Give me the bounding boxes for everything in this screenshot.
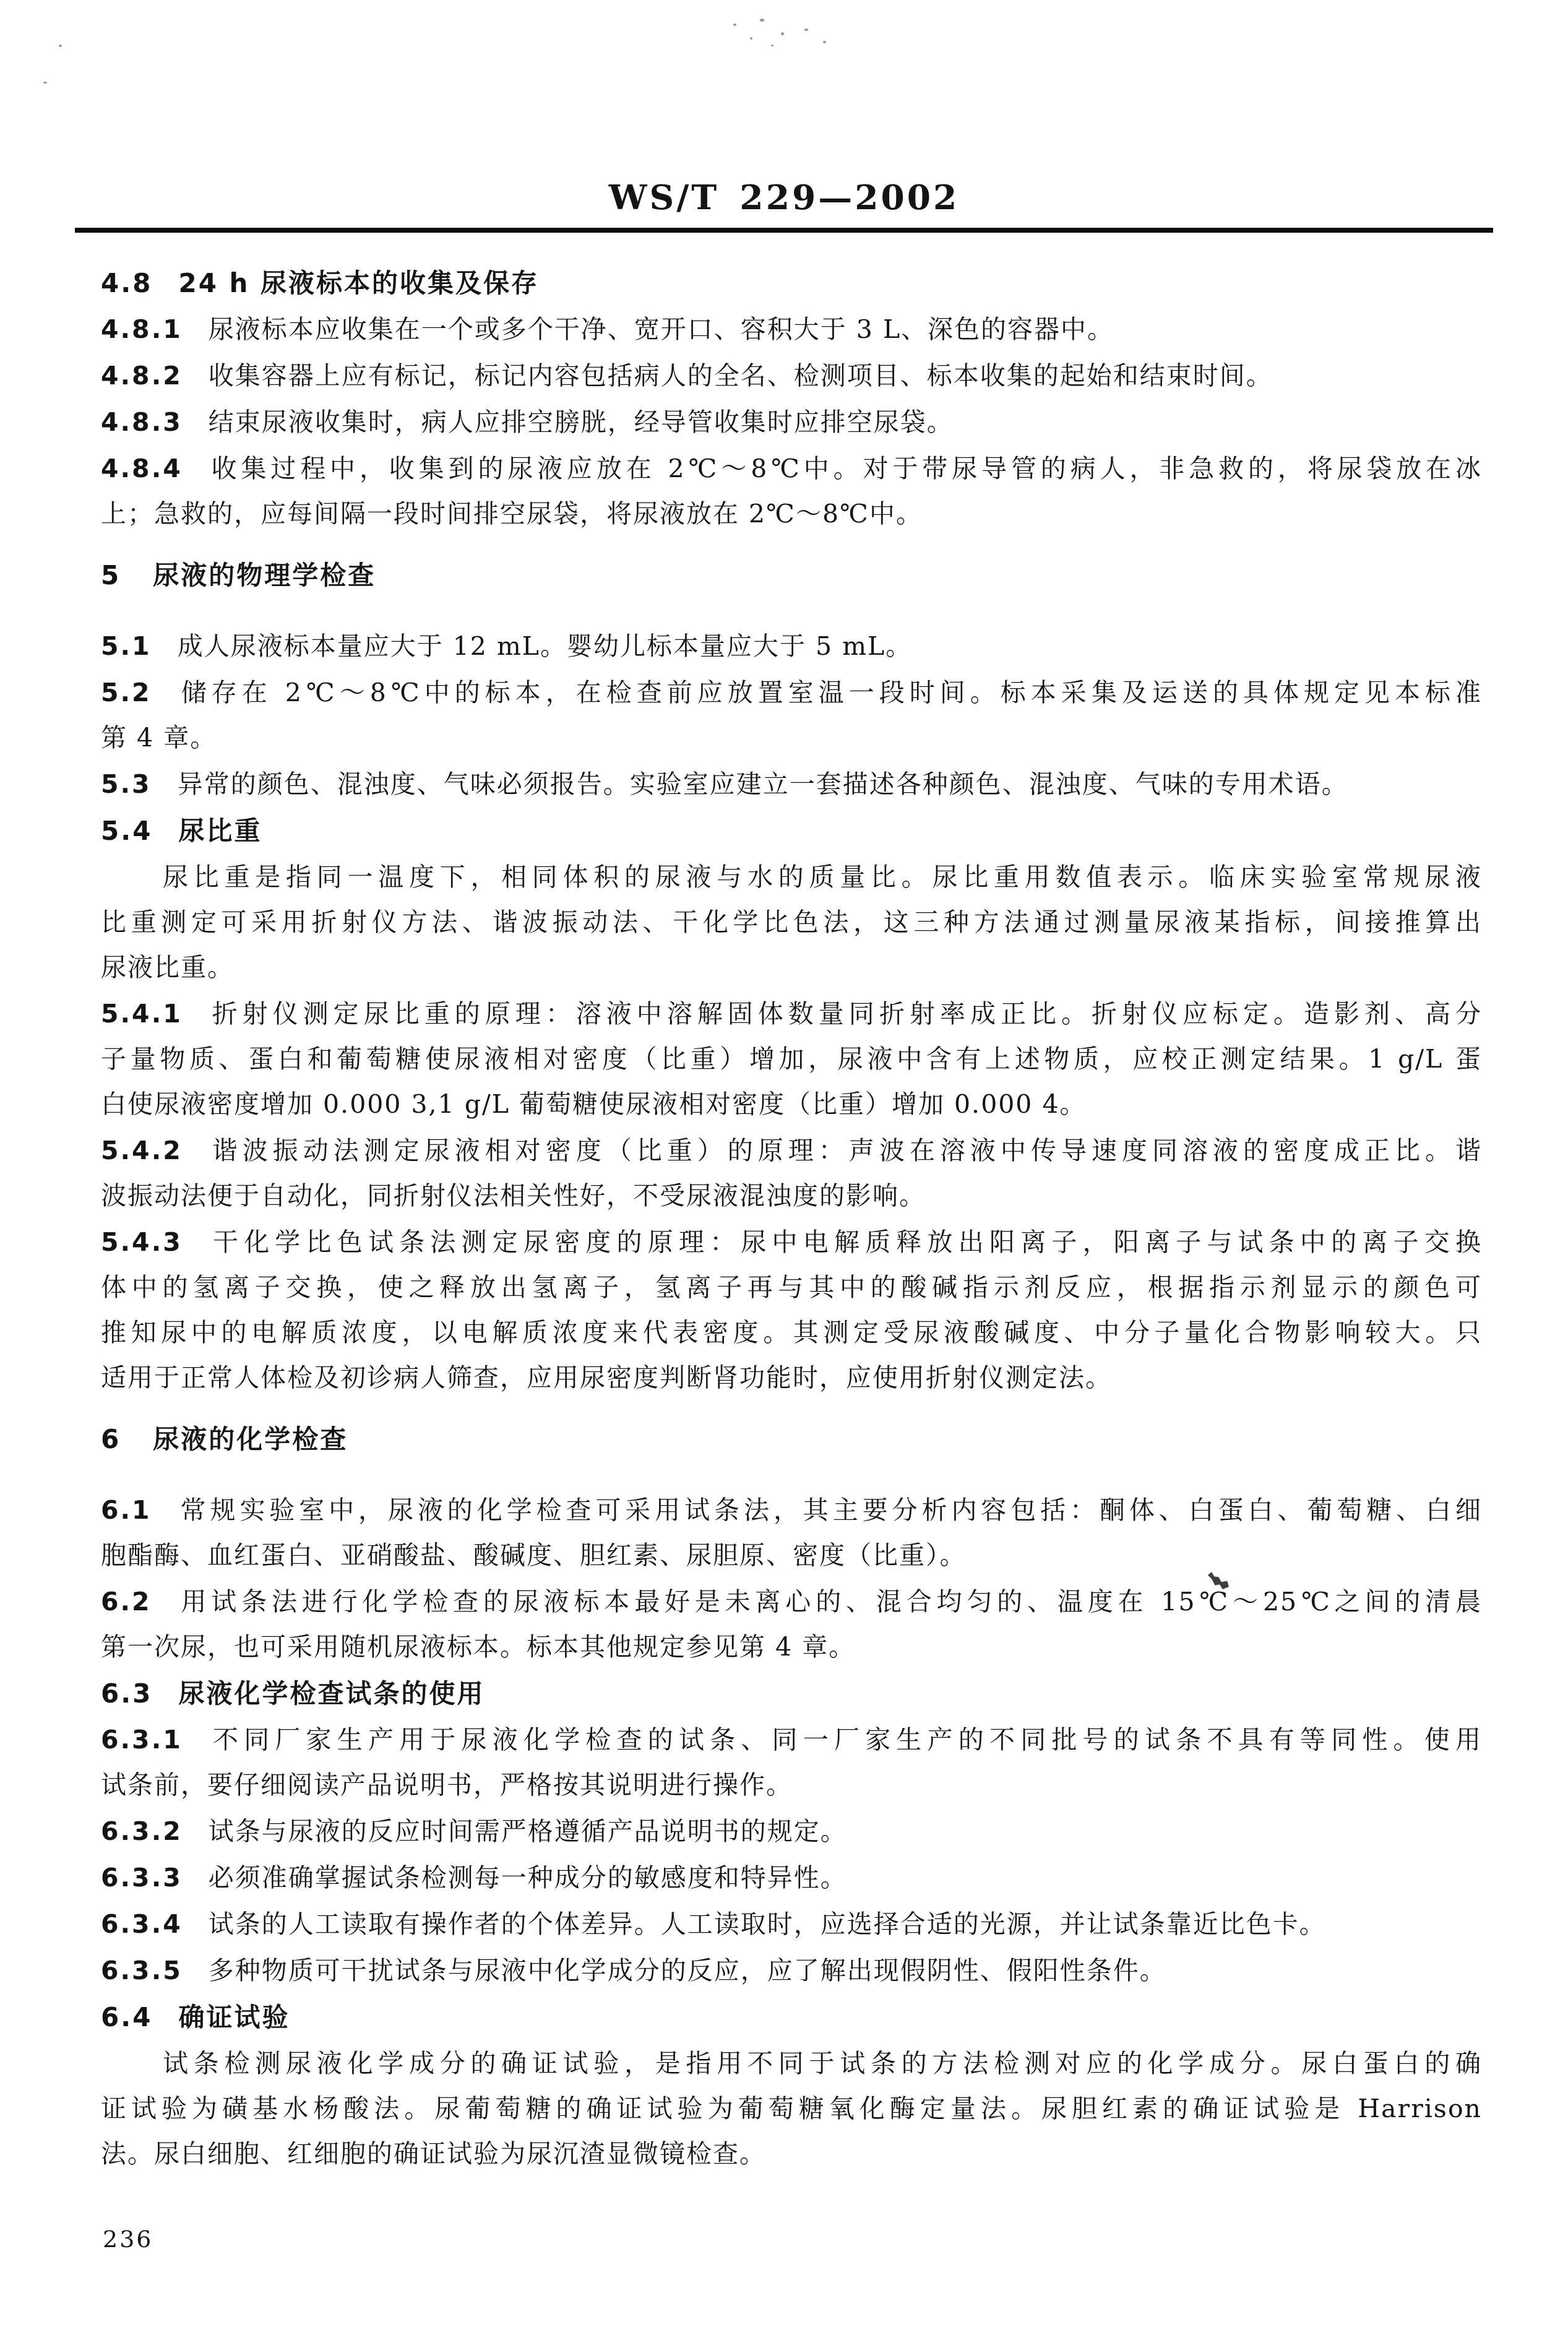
clause-text: 尿液的化学检查 (153, 1424, 348, 1454)
page-number: 236 (103, 2225, 153, 2253)
text-line: 4.8.3结束尿液收集时，病人应排空膀胱，经导管收集时应排空尿袋。 (101, 400, 1482, 445)
clause-text: 收集容器上应有标记，标记内容包括病人的全名、检测项目、标本收集的起始和结束时间。 (209, 361, 1273, 391)
clause-text: 尿液标本应收集在一个或多个干净、宽开口、容积大于 3 L、深色的容器中。 (209, 314, 1114, 344)
clause-item: 6.3.1不同厂家生产用于尿液化学检查的试条、同一厂家生产的不同批号的试条不具有… (101, 1717, 1482, 1808)
clause-text: 尿比重 (178, 816, 262, 846)
clause-item: 5.4.1折射仪测定尿比重的原理：溶液中溶解固体数量同折射率成正比。折射仪应标定… (101, 991, 1482, 1127)
text-line: 尿比重是指同一温度下，相同体积的尿液与水的质量比。尿比重用数值表示。临床实验室常… (101, 855, 1482, 900)
clause-item: 4.8.3结束尿液收集时，病人应排空膀胱，经导管收集时应排空尿袋。 (101, 400, 1482, 445)
text-line: 6.3.2试条与尿液的反应时间需严格遵循产品说明书的规定。 (101, 1809, 1482, 1854)
clause-text: 多种物质可干扰试条与尿液中化学成分的反应，应了解出现假阴性、假阳性条件。 (209, 1956, 1166, 1985)
text-line: 胞酯酶、血红蛋白、亚硝酸盐、酸碱度、胆红素、尿胆原、密度（比重）。 (101, 1533, 1482, 1578)
clause-text: 用试条法进行化学检查的尿液标本最好是未离心的、混合均匀的、温度在 15℃～25℃… (178, 1587, 1482, 1616)
chapter-heading: 6尿液的化学检查 (101, 1417, 1482, 1462)
text-line: 5.4尿比重 (101, 808, 1482, 853)
text-line: 6.2用试条法进行化学检查的尿液标本最好是未离心的、混合均匀的、温度在 15℃～… (101, 1579, 1482, 1625)
clause-text: 储存在 2℃～8℃中的标本，在检查前应放置室温一段时间。标本采集及运送的具体规定… (178, 678, 1482, 707)
text-line: 试条前，要仔细阅读产品说明书，严格按其说明进行操作。 (101, 1763, 1482, 1808)
text-line: 适用于正常人体检及初诊病人筛查，应用尿密度判断肾功能时，应使用折射仪测定法。 (101, 1355, 1482, 1401)
page-header: WS/T 229—2002 (0, 178, 1568, 233)
clause-number: 5 (101, 560, 121, 590)
clause-text: 折射仪测定尿比重的原理：溶液中溶解固体数量同折射率成正比。折射仪应标定。造影剂、… (209, 999, 1482, 1029)
clause-item: 4.8.2收集容器上应有标记，标记内容包括病人的全名、检测项目、标本收集的起始和… (101, 353, 1482, 399)
clause-number: 6.3 (101, 1678, 152, 1709)
text-line: 证试验为磺基水杨酸法。尿葡萄糖的确证试验为葡萄糖氧化酶定量法。尿胆红素的确证试验… (101, 2086, 1482, 2131)
text-line: 6.3.1不同厂家生产用于尿液化学检查的试条、同一厂家生产的不同批号的试条不具有… (101, 1717, 1482, 1763)
clause-text: 尿液的物理学检查 (153, 560, 376, 590)
text-line: 5.4.3干化学比色试条法测定尿密度的原理：尿中电解质释放出阳离子，阳离子与试条… (101, 1220, 1482, 1265)
scan-noise-dot (760, 19, 764, 22)
document-body: 4.824 h 尿液标本的收集及保存4.8.1尿液标本应收集在一个或多个干净、宽… (0, 261, 1568, 2177)
clause-text: 收集过程中，收集到的尿液应放在 2℃～8℃中。对于带尿导管的病人，非急救的，将尿… (209, 454, 1482, 483)
clause-text: 确证试验 (178, 2002, 290, 2032)
clause-text: 成人尿液标本量应大于 12 mL。婴幼儿标本量应大于 5 mL。 (178, 631, 913, 661)
clause-number: 5.4.2 (101, 1136, 183, 1165)
clause-item: 5.4.3干化学比色试条法测定尿密度的原理：尿中电解质释放出阳离子，阳离子与试条… (101, 1220, 1482, 1401)
text-line: 体中的氢离子交换，使之释放出氢离子，氢离子再与其中的酸碱指示剂反应，根据指示剂显… (101, 1265, 1482, 1310)
scan-noise-dot (733, 24, 736, 26)
text-line: 5.4.2谐波振动法测定尿液相对密度（比重）的原理：声波在溶液中传导速度同溶液的… (101, 1128, 1482, 1173)
text-line: 5.2储存在 2℃～8℃中的标本，在检查前应放置室温一段时间。标本采集及运送的具… (101, 670, 1482, 715)
clause-item: 4.8.4收集过程中，收集到的尿液应放在 2℃～8℃中。对于带尿导管的病人，非急… (101, 446, 1482, 537)
clause-number: 6.4 (101, 2002, 152, 2032)
clause-number: 4.8.4 (101, 454, 183, 483)
clause-item: 6.3.5多种物质可干扰试条与尿液中化学成分的反应，应了解出现假阴性、假阳性条件… (101, 1948, 1482, 1993)
clause-text: 谐波振动法测定尿液相对密度（比重）的原理：声波在溶液中传导速度同溶液的密度成正比… (209, 1136, 1482, 1165)
scan-noise-dot (771, 45, 773, 46)
text-line: 4.8.2收集容器上应有标记，标记内容包括病人的全名、检测项目、标本收集的起始和… (101, 353, 1482, 399)
text-line: 6.3.3必须准确掌握试条检测每一种成分的敏感度和特异性。 (101, 1855, 1482, 1901)
chapter-heading: 5尿液的物理学检查 (101, 553, 1482, 598)
text-line: 第一次尿，也可采用随机尿液标本。标本其他规定参见第 4 章。 (101, 1625, 1482, 1670)
scan-noise-dot (804, 28, 808, 31)
clause-text: 试条与尿液的反应时间需严格遵循产品说明书的规定。 (209, 1816, 847, 1846)
clause-number: 6.1 (101, 1495, 152, 1525)
clause-item: 5.4.2谐波振动法测定尿液相对密度（比重）的原理：声波在溶液中传导速度同溶液的… (101, 1128, 1482, 1219)
clause-item: 6.1常规实验室中，尿液的化学检查可采用试条法，其主要分析内容包括：酮体、白蛋白… (101, 1488, 1482, 1578)
clause-number: 4.8.2 (101, 361, 183, 391)
text-line: 6.3尿液化学检查试条的使用 (101, 1671, 1482, 1716)
text-line: 6.1常规实验室中，尿液的化学检查可采用试条法，其主要分析内容包括：酮体、白蛋白… (101, 1488, 1482, 1533)
standard-code: WS/T 229—2002 (0, 178, 1568, 217)
clause-heading: 4.824 h 尿液标本的收集及保存 (101, 261, 1482, 306)
clause-number: 5.4.3 (101, 1227, 183, 1257)
text-line: 波振动法便于自动化，同折射仪法相关性好，不受尿液混浊度的影响。 (101, 1173, 1482, 1219)
text-line: 5.4.1折射仪测定尿比重的原理：溶液中溶解固体数量同折射率成正比。折射仪应标定… (101, 991, 1482, 1037)
clause-text: 异常的颜色、混浊度、气味必须报告。实验室应建立一套描述各种颜色、混浊度、气味的专… (178, 769, 1348, 799)
clause-text: 24 h 尿液标本的收集及保存 (178, 268, 539, 298)
clause-heading: 6.3尿液化学检查试条的使用 (101, 1671, 1482, 1716)
clause-text: 干化学比色试条法测定尿密度的原理：尿中电解质释放出阳离子，阳离子与试条中的离子交… (209, 1227, 1482, 1257)
clause-number: 6.3.2 (101, 1816, 183, 1846)
text-line: 6.3.4试条的人工读取有操作者的个体差异。人工读取时，应选择合适的光源，并让试… (101, 1902, 1482, 1947)
text-line: 推知尿中的电解质浓度，以电解质浓度来代表密度。其测定受尿液酸碱度、中分子量化合物… (101, 1310, 1482, 1355)
body-paragraph: 试条检测尿液化学成分的确证试验，是指用不同于试条的方法检测对应的化学成分。尿白蛋… (101, 2041, 1482, 2177)
text-line: 尿液比重。 (101, 945, 1482, 990)
clause-item: 5.1成人尿液标本量应大于 12 mL。婴幼儿标本量应大于 5 mL。 (101, 624, 1482, 669)
scan-noise-dot (781, 32, 784, 35)
text-line: 6.4确证试验 (101, 1995, 1482, 2040)
scan-noise-dot (59, 45, 62, 47)
text-line: 比重测定可采用折射仪方法、谐波振动法、干化学比色法，这三种方法通过测量尿液某指标… (101, 900, 1482, 945)
text-line: 第 4 章。 (101, 715, 1482, 761)
clause-number: 6.3.3 (101, 1863, 183, 1893)
scan-noise-dot (823, 41, 826, 43)
clause-number: 6.3.5 (101, 1956, 183, 1985)
clause-text: 必须准确掌握试条检测每一种成分的敏感度和特异性。 (209, 1863, 847, 1893)
clause-number: 4.8.3 (101, 407, 183, 437)
clause-item: 4.8.1尿液标本应收集在一个或多个干净、宽开口、容积大于 3 L、深色的容器中… (101, 307, 1482, 352)
clause-number: 6.2 (101, 1587, 152, 1616)
text-line: 4.824 h 尿液标本的收集及保存 (101, 261, 1482, 306)
text-line: 5.3异常的颜色、混浊度、气味必须报告。实验室应建立一套描述各种颜色、混浊度、气… (101, 762, 1482, 807)
clause-text: 尿液化学检查试条的使用 (178, 1678, 485, 1709)
clause-text: 不同厂家生产用于尿液化学检查的试条、同一厂家生产的不同批号的试条不具有等同性。使… (209, 1725, 1482, 1755)
text-line: 5尿液的物理学检查 (101, 553, 1482, 598)
clause-item: 6.3.2试条与尿液的反应时间需严格遵循产品说明书的规定。 (101, 1809, 1482, 1854)
scan-noise-dot (43, 82, 47, 84)
clause-item: 5.3异常的颜色、混浊度、气味必须报告。实验室应建立一套描述各种颜色、混浊度、气… (101, 762, 1482, 807)
clause-text: 结束尿液收集时，病人应排空膀胱，经导管收集时应排空尿袋。 (209, 407, 954, 437)
clause-number: 4.8.1 (101, 314, 183, 344)
clause-number: 5.2 (101, 678, 152, 707)
clause-number: 5.4.1 (101, 999, 183, 1029)
scan-noise-dot (750, 37, 752, 40)
text-line: 4.8.1尿液标本应收集在一个或多个干净、宽开口、容积大于 3 L、深色的容器中… (101, 307, 1482, 352)
clause-number: 5.4 (101, 816, 152, 846)
clause-item: 6.2用试条法进行化学检查的尿液标本最好是未离心的、混合均匀的、温度在 15℃～… (101, 1579, 1482, 1670)
clause-text: 试条的人工读取有操作者的个体差异。人工读取时，应选择合适的光源，并让试条靠近比色… (209, 1909, 1326, 1939)
text-line: 上；急救的，应每间隔一段时间排空尿袋，将尿液放在 2℃～8℃中。 (101, 491, 1482, 537)
text-line: 白使尿液密度增加 0.000 3,1 g/L 葡萄糖使尿液相对密度（比重）增加 … (101, 1082, 1482, 1127)
text-line: 试条检测尿液化学成分的确证试验，是指用不同于试条的方法检测对应的化学成分。尿白蛋… (101, 2041, 1482, 2086)
text-line: 6尿液的化学检查 (101, 1417, 1482, 1462)
clause-number: 6.3.1 (101, 1725, 183, 1755)
clause-number: 6.3.4 (101, 1909, 183, 1939)
clause-item: 6.3.4试条的人工读取有操作者的个体差异。人工读取时，应选择合适的光源，并让试… (101, 1902, 1482, 1947)
document-page: WS/T 229—2002 4.824 h 尿液标本的收集及保存4.8.1尿液标… (0, 0, 1568, 2348)
text-line: 法。尿白细胞、红细胞的确证试验为尿沉渣显微镜检查。 (101, 2131, 1482, 2177)
text-line: 子量物质、蛋白和葡萄糖使尿液相对密度（比重）增加，尿液中含有上述物质，应校正测定… (101, 1037, 1482, 1082)
body-paragraph: 尿比重是指同一温度下，相同体积的尿液与水的质量比。尿比重用数值表示。临床实验室常… (101, 855, 1482, 990)
clause-number: 6 (101, 1424, 121, 1454)
clause-text: 常规实验室中，尿液的化学检查可采用试条法，其主要分析内容包括：酮体、白蛋白、葡萄… (178, 1495, 1482, 1525)
text-line: 4.8.4收集过程中，收集到的尿液应放在 2℃～8℃中。对于带尿导管的病人，非急… (101, 446, 1482, 491)
clause-item: 6.3.3必须准确掌握试条检测每一种成分的敏感度和特异性。 (101, 1855, 1482, 1901)
clause-item: 5.2储存在 2℃～8℃中的标本，在检查前应放置室温一段时间。标本采集及运送的具… (101, 670, 1482, 761)
clause-heading: 5.4尿比重 (101, 808, 1482, 853)
text-line: 5.1成人尿液标本量应大于 12 mL。婴幼儿标本量应大于 5 mL。 (101, 624, 1482, 669)
clause-heading: 6.4确证试验 (101, 1995, 1482, 2040)
clause-number: 5.1 (101, 631, 152, 661)
clause-number: 4.8 (101, 268, 152, 298)
clause-number: 5.3 (101, 769, 152, 799)
text-line: 6.3.5多种物质可干扰试条与尿液中化学成分的反应，应了解出现假阴性、假阳性条件… (101, 1948, 1482, 1993)
header-rule (75, 228, 1493, 233)
